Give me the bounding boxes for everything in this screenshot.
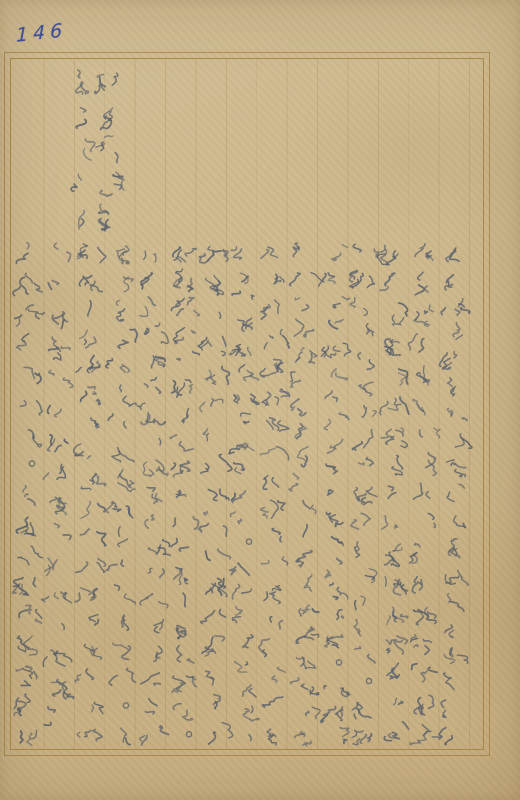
handwriting-strokes: [410, 238, 440, 748]
handwritten-column: [140, 238, 170, 748]
handwriting-strokes: [64, 64, 94, 232]
handwriting-strokes: [170, 238, 200, 748]
handwriting-strokes: [75, 238, 105, 748]
handwritten-column: [230, 238, 260, 748]
handwriting-strokes: [290, 238, 320, 748]
handwriting-strokes: [380, 238, 410, 748]
handwritten-column: [13, 238, 43, 748]
handwritten-column: [350, 238, 380, 748]
handwriting-strokes: [260, 238, 290, 748]
handwritten-column: [320, 238, 350, 748]
handwriting-strokes: [140, 238, 170, 748]
handwriting-strokes: [43, 238, 73, 734]
handwritten-column: [380, 238, 410, 748]
handwritten-column: [440, 238, 470, 748]
handwritten-column: [410, 238, 440, 748]
handwritten-column: [107, 238, 137, 748]
handwritten-column: [64, 64, 94, 232]
handwritten-column: [43, 238, 73, 734]
handwriting-strokes: [200, 238, 230, 748]
handwritten-column: [200, 238, 230, 748]
handwritten-column: [290, 238, 320, 748]
handwriting-strokes: [107, 238, 137, 748]
handwritten-text-block: [0, 0, 520, 800]
handwriting-strokes: [320, 238, 350, 748]
handwriting-strokes: [13, 238, 43, 748]
handwritten-column: [260, 238, 290, 748]
handwriting-strokes: [230, 238, 260, 748]
handwritten-column: [75, 238, 105, 748]
handwritten-column: [95, 64, 125, 232]
handwriting-strokes: [350, 238, 380, 748]
handwritten-column: [170, 238, 200, 748]
handwriting-strokes: [95, 64, 125, 232]
handwriting-strokes: [440, 238, 470, 748]
